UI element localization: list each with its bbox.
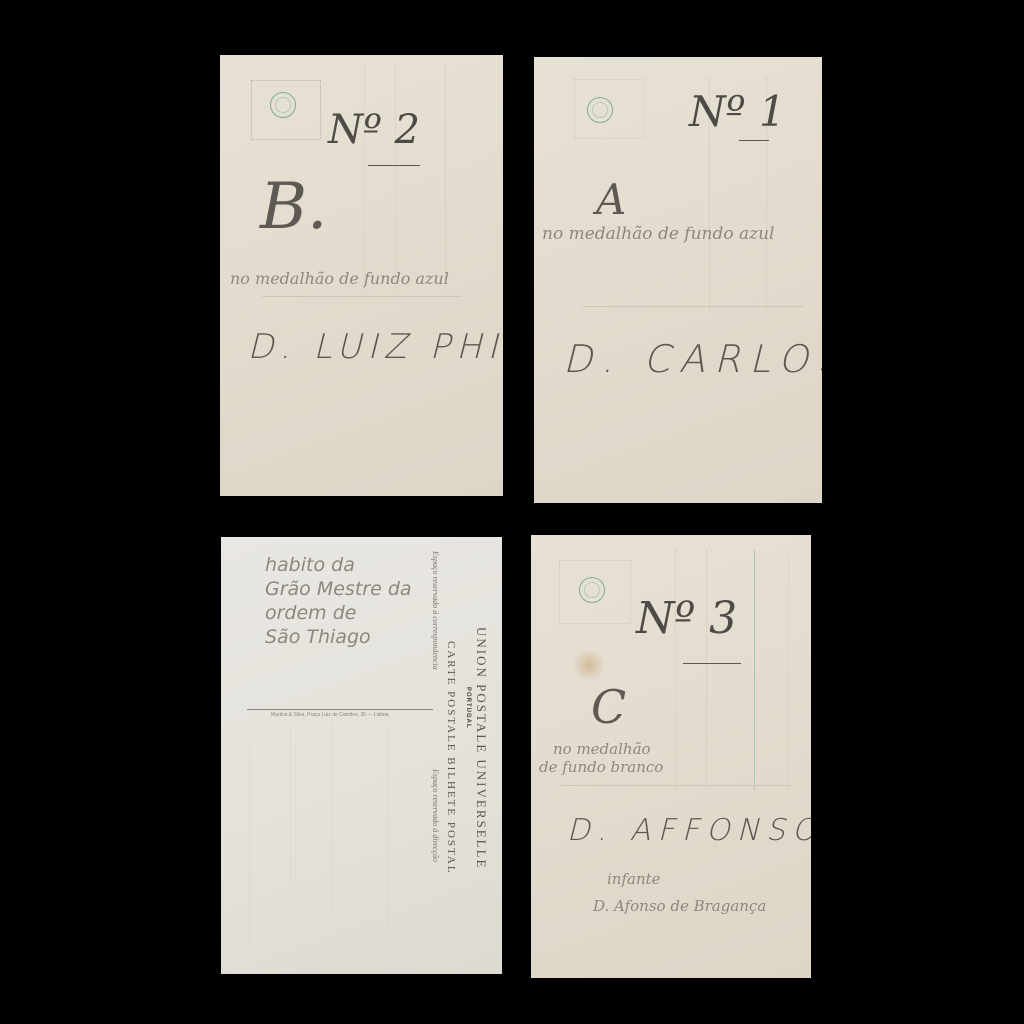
title-note: infante [607,870,661,888]
divider-line [290,722,291,937]
country-label: PORTUGAL [465,687,471,729]
person-name: D. LUIZ PHILIPE [245,327,503,367]
stamp-seal-icon [579,577,605,603]
paper-stain [571,650,607,680]
divider-line [445,65,446,290]
stamp-seal-icon [270,92,296,118]
person-name: D. AFFONSO [565,813,811,848]
card-letter: C [591,680,626,734]
divider-line [582,306,804,307]
card-number: Nº 1 [689,87,786,136]
note-line: habito da [265,553,425,577]
card-letter: A [596,175,626,224]
divider-line [395,65,396,290]
postcard-back-printed: habito da Grão Mestre da ordem de São Th… [221,537,502,974]
divider-line [675,550,676,790]
address-label: Espaço reservado á direcção [431,769,440,862]
medallion-note: no medalhão de fundo azul [542,224,774,244]
divider-line [754,550,755,790]
medallion-note: no medalhão [553,740,651,758]
postcard-luiz-philipe: Nº 2 B. no medalhão de fundo azul D. LUI… [220,55,503,496]
printer-imprint: Martins & Silva, Praça Luiz de Camões, 3… [271,712,389,718]
number-underline [683,663,741,664]
note-line: Grão Mestre da [265,577,425,601]
divider-line [561,785,793,786]
postcard-carlos: Nº 1 A no medalhão de fundo azul D. CARL… [534,57,822,503]
note-line: São Thiago [265,625,425,649]
divider-line [247,709,433,710]
card-subtitle: CARTE POSTALE BILHETE POSTAL [445,641,457,875]
stamp-seal-icon [587,97,613,123]
medallion-note: de fundo branco [539,758,663,776]
divider-line [249,747,250,947]
divider-line [387,727,388,927]
card-title: UNION POSTALE UNIVERSELLE [473,627,489,870]
number-underline [368,165,420,166]
divider-line [706,550,707,790]
divider-line [364,65,365,290]
postcard-affonso: Nº 3 C no medalhão de fundo branco D. AF… [531,535,811,978]
card-number: Nº 3 [636,593,737,644]
medallion-note: no medalhão de fundo azul [230,269,449,288]
correspondence-label: Espaço reservado á correspondencia [431,551,440,670]
number-underline [739,140,769,141]
note-line: ordem de [265,601,425,625]
handwritten-note: habito da Grão Mestre da ordem de São Th… [265,553,425,649]
card-letter: B. [260,170,327,244]
card-number: Nº 2 [328,107,420,153]
divider-line [788,555,789,790]
person-name: D. CARLOS [561,337,822,381]
divider-line [331,717,332,917]
full-name-note: D. Afonso de Bragança [593,897,766,915]
divider-line [262,296,462,297]
